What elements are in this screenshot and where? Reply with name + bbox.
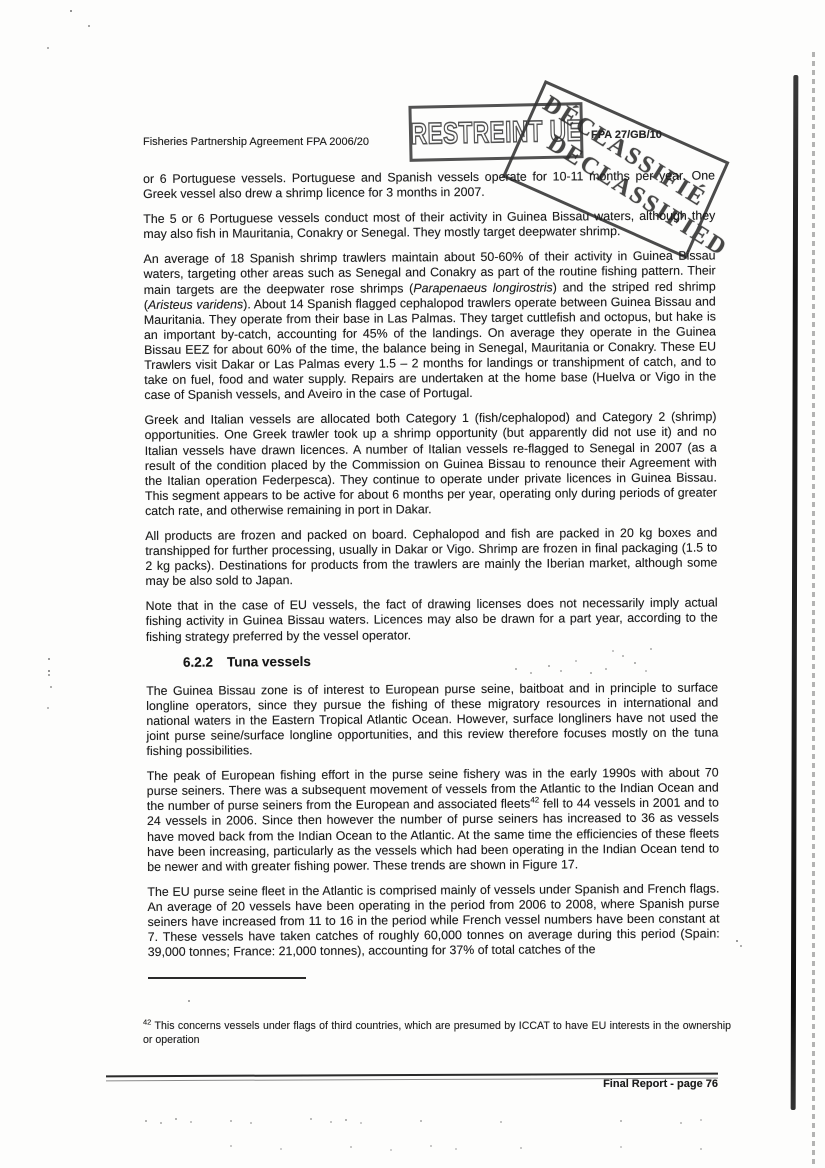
- scan-edge-band-dashed: [812, 52, 815, 1164]
- footnote-text: This concerns vessels under flags of thi…: [143, 1020, 731, 1046]
- species-name-italic: Aristeus varidens: [148, 297, 243, 312]
- paragraph-guinea-bissau-zone: The Guinea Bissau zone is of interest to…: [146, 680, 718, 759]
- species-name-italic: Parapenaeus longirostris: [413, 280, 552, 295]
- paragraph-greek-italian-vessels: Greek and Italian vessels are allocated …: [144, 410, 717, 519]
- fpa-reference-number: FPA 27/GB/10: [591, 129, 662, 141]
- paragraph-frozen-products: All products are frozen and packed on bo…: [145, 525, 717, 589]
- document-body: or 6 Portuguese vessels. Portuguese and …: [143, 169, 720, 971]
- footnote-separator-rule: [148, 977, 306, 979]
- header-document-reference: Fisheries Partnership Agreement FPA 2006…: [143, 136, 369, 148]
- scan-edge-band-dark: [791, 75, 799, 1110]
- paragraph-eu-purse-seine-fleet: The EU purse seine fleet in the Atlantic…: [147, 881, 719, 960]
- paragraph-portuguese-activity: The 5 or 6 Portuguese vessels conduct mo…: [143, 209, 715, 243]
- footnote-42: 42 This concerns vessels under flags of …: [143, 1020, 731, 1047]
- paragraph-spanish-shrimp-trawlers: An average of 18 Spanish shrimp trawlers…: [143, 249, 716, 403]
- paragraph-portuguese-vessels: or 6 Portuguese vessels. Portuguese and …: [143, 169, 715, 203]
- footer-page-label: Final Report - page 76: [560, 1078, 718, 1090]
- section-title: Tuna vessels: [227, 654, 311, 670]
- paragraph-licences-note: Note that in the case of EU vessels, the…: [146, 596, 718, 645]
- section-number: 6.2.2: [183, 654, 213, 669]
- scan-noise-specks: [0, 0, 2, 2]
- section-heading-tuna-vessels: 6.2.2Tuna vessels: [146, 651, 718, 670]
- paragraph-purse-seine-peak: The peak of European fishing effort in t…: [147, 766, 720, 875]
